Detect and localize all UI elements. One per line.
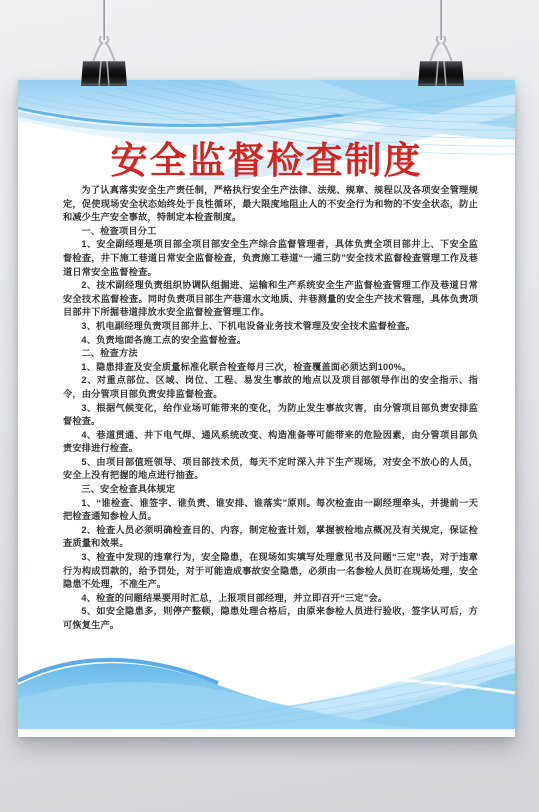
paragraph: 4、巷道贯通、井下电气焊、通风系统改变、构造准备等可能带来的危险因素，由分管项目… — [63, 429, 478, 456]
paragraph: 1、“谁检查、谁签字、谁负责、谁安排、谁落实”原则。每次检查由一副经理牵头，并提… — [63, 497, 478, 524]
poster-sheet: 安全监督检查制度 为了认真落实安全生产责任制，严格执行安全生产法律、法规、规章、… — [18, 80, 515, 737]
paragraph: 3、根据气候变化，给作业场可能带来的变化，为防止发生事故灾害，由分管项目部负责安… — [63, 402, 478, 429]
paragraph: 5、由项目部值班领导、项目部技术员，每天不定时深入井下生产现场，对安全不放心的人… — [63, 456, 478, 483]
section-heading: 二、检查方法 — [63, 347, 478, 361]
section-heading: 三、安全检查具体规定 — [63, 483, 478, 497]
paragraph: 4、负责地面各施工点的安全监督检查。 — [63, 334, 478, 348]
paragraph: 1、隐患排查及安全质量标准化联合检查每月三次，检查覆盖面必须达到100%。 — [63, 361, 478, 375]
paragraph: 3、机电副经理负责项目部井上、下机电设备业务技术管理及安全技术监督检查。 — [63, 320, 478, 334]
hanging-string-right — [440, 0, 442, 40]
binder-clip-right — [417, 36, 465, 88]
paragraph: 1、安全副经理是项目部全项目部安全生产综合监督管理者，具体负责全项目部井上、下安… — [63, 238, 478, 279]
paragraph: 2、检查人员必须明确检查目的、内容，制定检查计划，掌握被检地点概况及有关规定，保… — [63, 524, 478, 551]
bottom-wave-decoration — [18, 641, 515, 731]
poster-title: 安全监督检查制度 — [18, 130, 515, 184]
section-heading: 一、检查项目分工 — [63, 225, 478, 239]
paragraph: 5、如安全隐患多，则停产整顿，隐患处理合格后，由原来参检人员进行验收，签字认可后… — [63, 605, 478, 632]
paragraph: 4、检查的问题结果要用时汇总，上报项目部经理，并立即召开“三定”会。 — [63, 592, 478, 606]
paragraph: 2、技术副经理负责组织协调队组掘进、运输和生产系统安全生产监督检查管理工作及巷道… — [63, 279, 478, 320]
poster-body: 为了认真落实安全生产责任制，严格执行安全生产法律、法规、规章、规程以及各项安全管… — [63, 184, 478, 633]
binder-clip-left — [80, 36, 128, 88]
paragraph: 3、检查中发现的违章行为，安全隐患，在现场如实填写处理意见书及问题“三定”表，对… — [63, 551, 478, 592]
intro-paragraph: 为了认真落实安全生产责任制，严格执行安全生产法律、法规、规章、规程以及各项安全管… — [63, 184, 478, 225]
hanging-string-left — [103, 0, 105, 40]
scene-background: 安全监督检查制度 为了认真落实安全生产责任制，严格执行安全生产法律、法规、规章、… — [0, 0, 539, 812]
paragraph: 2、对重点部位、区域、岗位、工程、易发生事故的地点以及项目部领导作出的安全指示、… — [63, 374, 478, 401]
